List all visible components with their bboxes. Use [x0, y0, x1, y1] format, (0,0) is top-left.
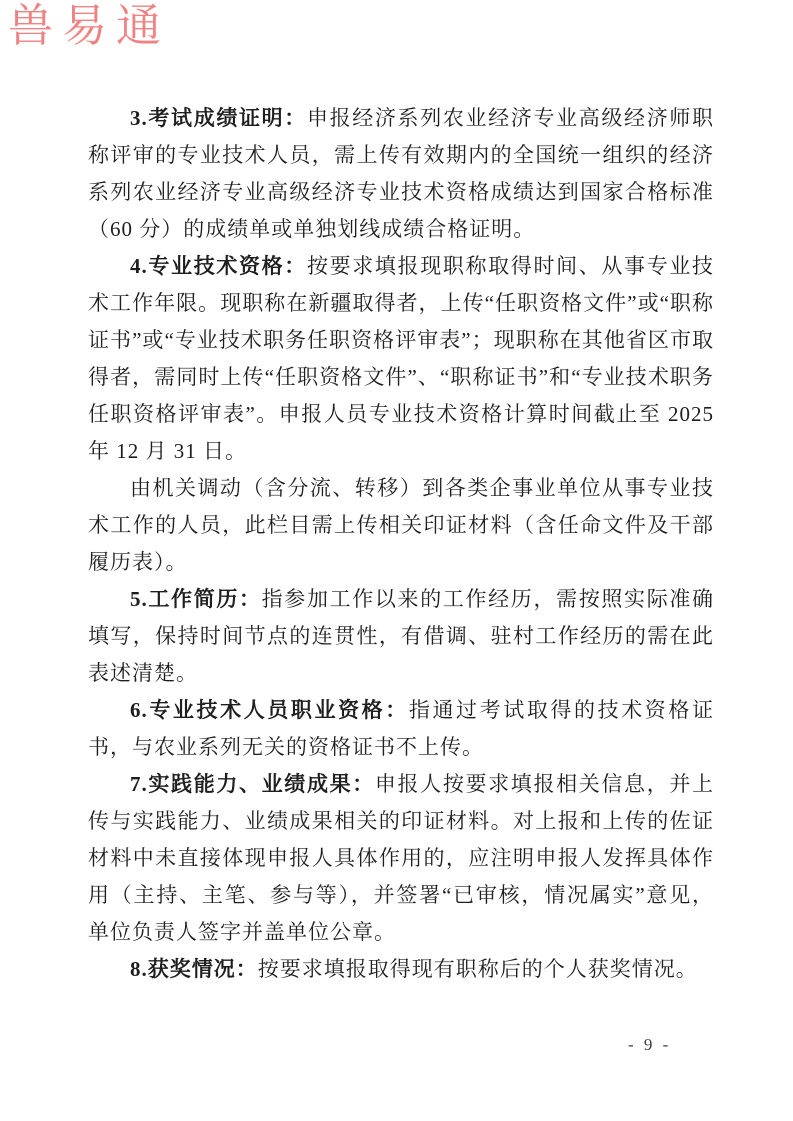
paragraph-lead: 3.考试成绩证明： [130, 106, 307, 130]
document-body: 3.考试成绩证明：申报经济系列农业经济专业高级经济师职称评审的专业技术人员，需上… [88, 100, 714, 988]
paragraph-work-resume: 5.工作简历：指参加工作以来的工作经历，需按照实际准确填写，保持时间节点的连贯性… [88, 581, 714, 692]
paragraph-lead: 7.实践能力、业绩成果： [130, 772, 375, 796]
page-number: - 9 - [628, 1035, 671, 1055]
paragraph-lead: 8.获奖情况： [130, 957, 258, 981]
paragraph-transfer-personnel: 由机关调动（含分流、转移）到各类企事业单位从事专业技术工作的人员，此栏目需上传相… [88, 470, 714, 581]
paragraph-text: 申报人按要求填报相关信息，并上传与实践能力、业绩成果相关的印证材料。对上报和上传… [88, 772, 714, 944]
paragraph-text: 由机关调动（含分流、转移）到各类企事业单位从事专业技术工作的人员，此栏目需上传相… [88, 476, 714, 574]
paragraph-text: 按要求填报现职称取得时间、从事专业技术工作年限。现职称在新疆取得者，上传“任职资… [88, 254, 714, 463]
paragraph-lead: 6.专业技术人员职业资格： [130, 698, 409, 722]
paragraph-lead: 4.专业技术资格： [130, 254, 307, 278]
paragraph-awards: 8.获奖情况：按要求填报取得现有职称后的个人获奖情况。 [88, 951, 714, 988]
paragraph-practice-achievements: 7.实践能力、业绩成果：申报人按要求填报相关信息，并上传与实践能力、业绩成果相关… [88, 766, 714, 951]
paragraph-professional-qualification: 4.专业技术资格：按要求填报现职称取得时间、从事专业技术工作年限。现职称在新疆取… [88, 248, 714, 470]
paragraph-lead: 5.工作简历： [130, 587, 262, 611]
paragraph-text: 按要求填报取得现有职称后的个人获奖情况。 [258, 957, 698, 981]
paragraph-vocational-qualification: 6.专业技术人员职业资格：指通过考试取得的技术资格证书，与农业系列无关的资格证书… [88, 692, 714, 766]
paragraph-exam-score-proof: 3.考试成绩证明：申报经济系列农业经济专业高级经济师职称评审的专业技术人员，需上… [88, 100, 714, 248]
watermark-logo-text: 兽易通 [8, 0, 170, 52]
